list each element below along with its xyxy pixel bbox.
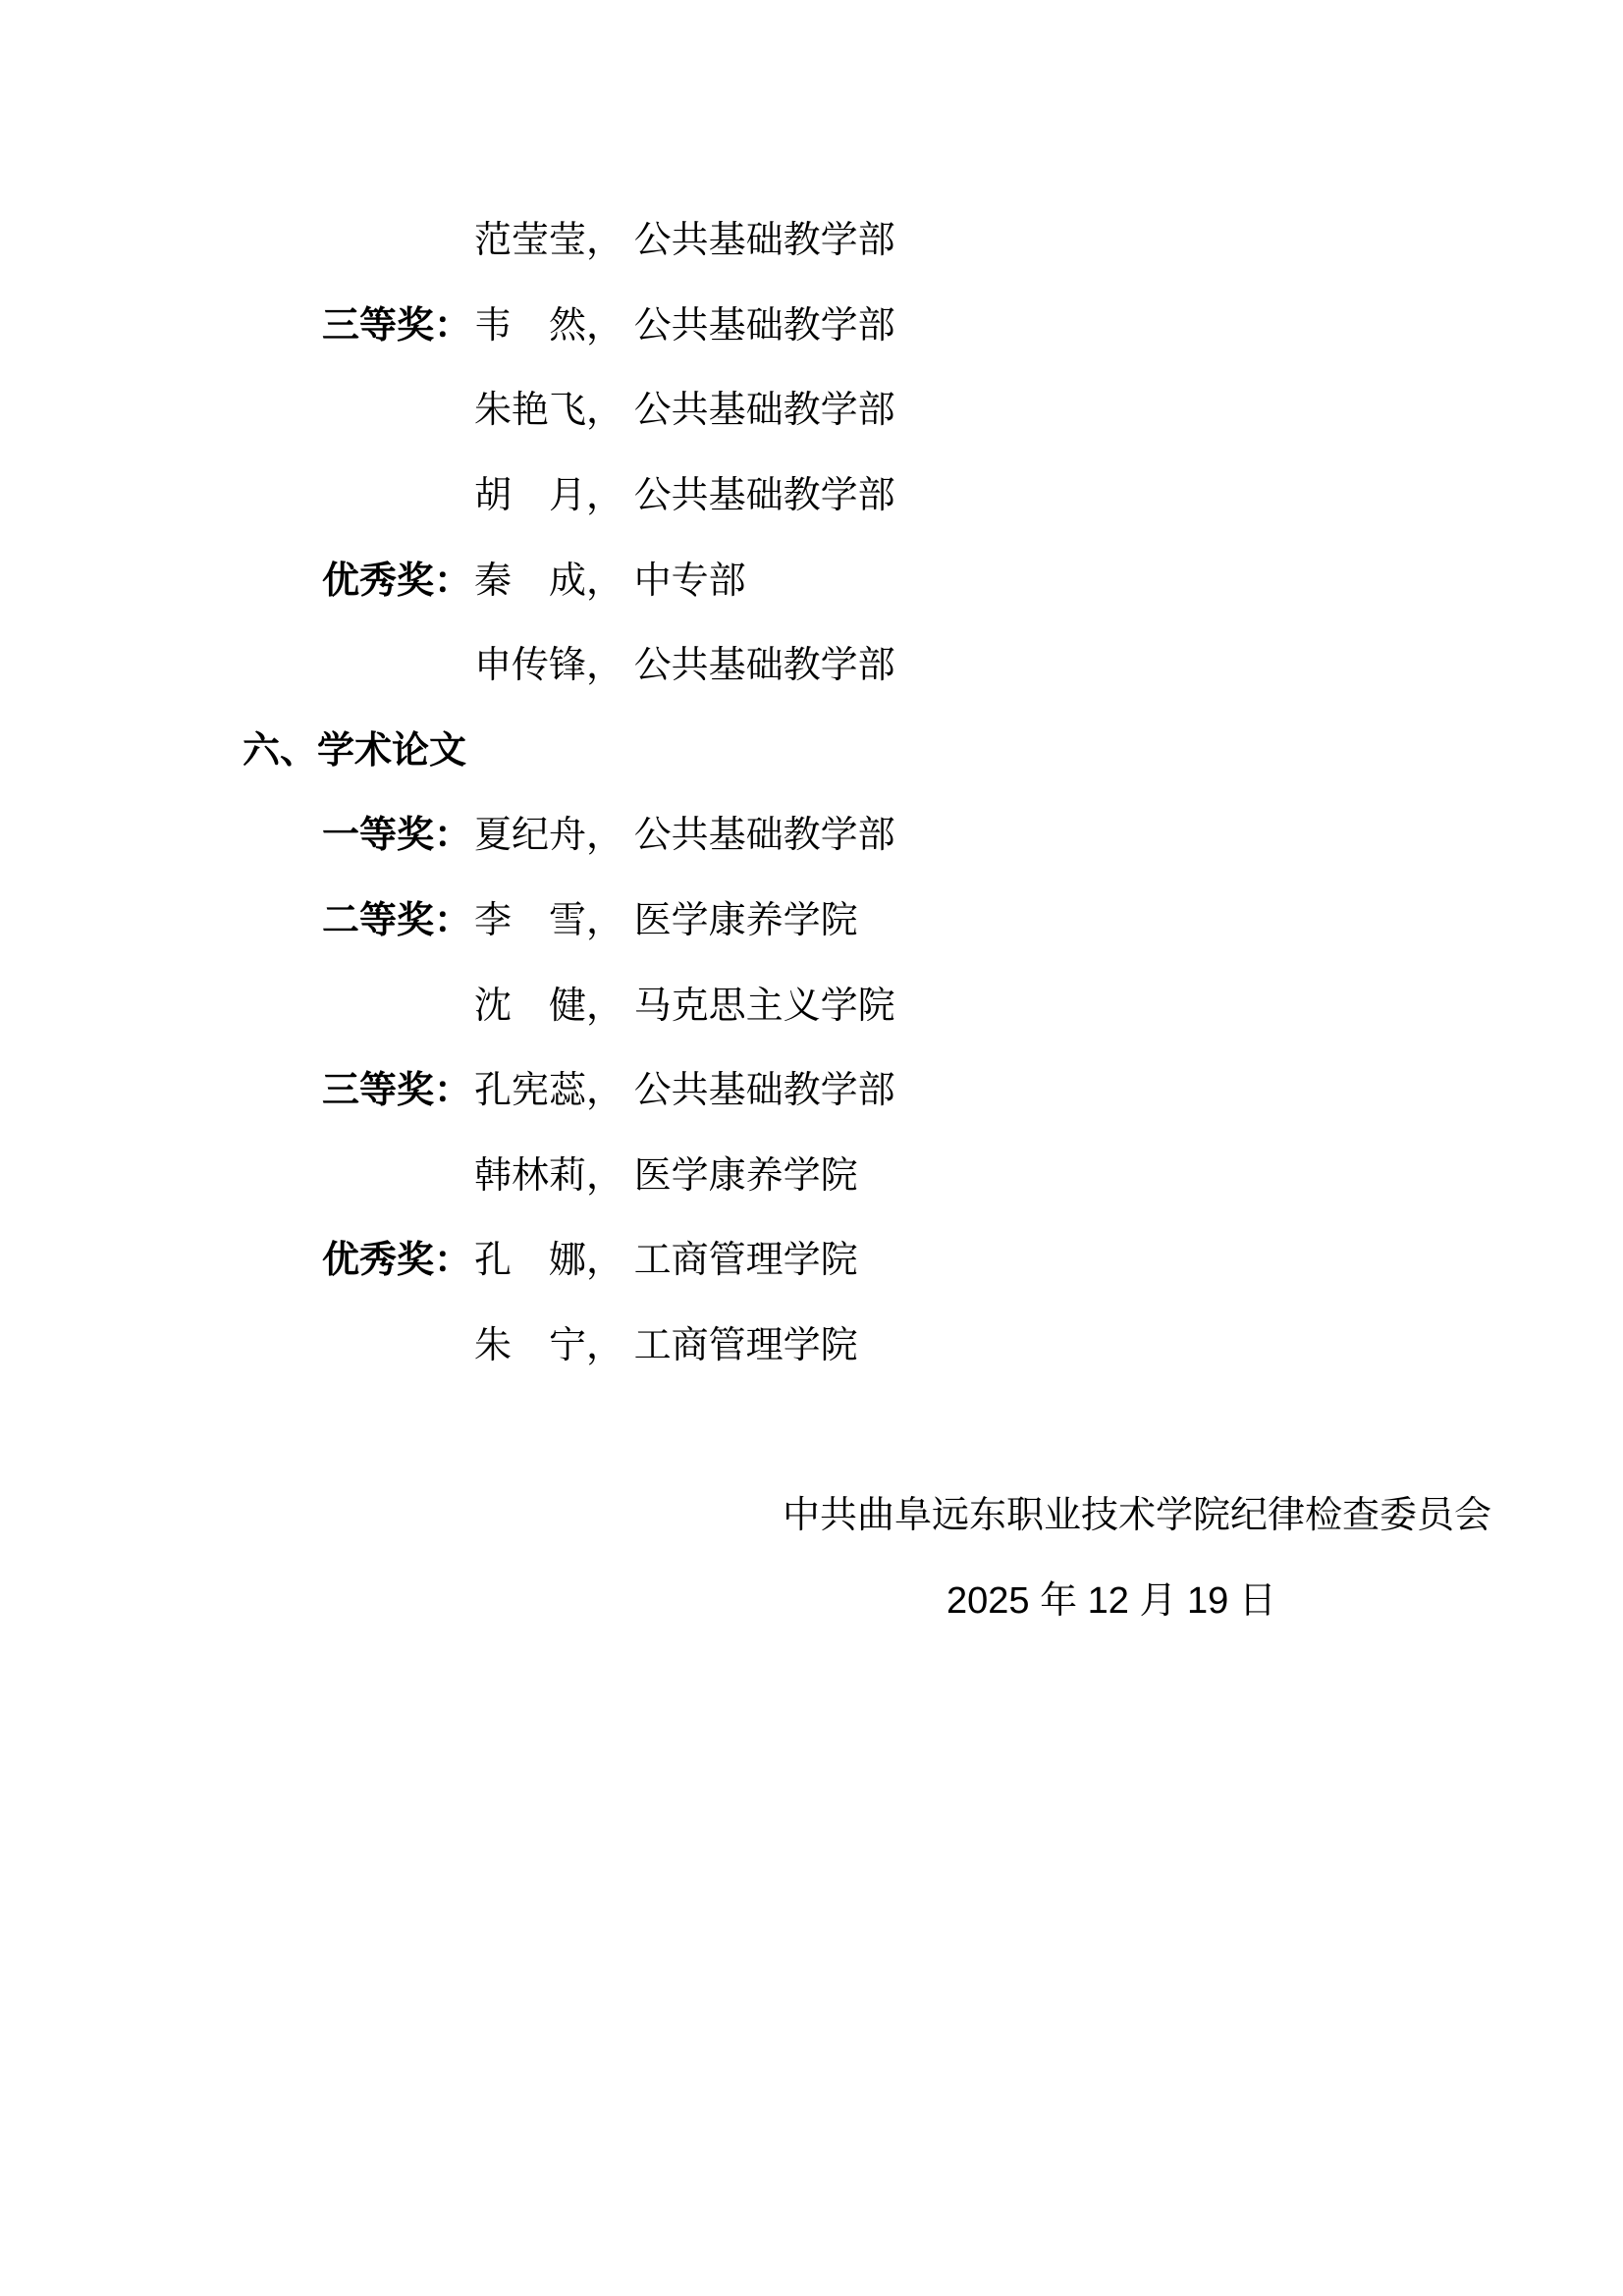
awardee-name: 韦 然	[474, 307, 586, 345]
awardee-name: 韩林莉	[474, 1157, 586, 1195]
comma-separator: ，	[586, 1072, 634, 1109]
awardee-department: 工商管理学院	[634, 1242, 858, 1279]
awardee-department: 公共基础教学部	[634, 392, 895, 429]
award-entry: 二等奖：李 雪， 医学康养学院	[0, 879, 1623, 964]
awardee-name: 朱 宁	[474, 1327, 586, 1364]
award-entry: 朱 宁， 工商管理学院	[0, 1304, 1623, 1389]
award-entry: 朱艳飞， 公共基础教学部	[0, 368, 1623, 454]
awardee-department: 公共基础教学部	[634, 307, 895, 345]
comma-separator: ，	[586, 562, 634, 600]
award-entry: 三等奖：韦 然， 公共基础教学部	[0, 284, 1623, 369]
section-heading-text: 六、学术论文	[243, 732, 466, 770]
awardee-name: 秦 成	[474, 562, 586, 600]
comma-separator: ，	[586, 647, 634, 684]
comma-separator: ，	[586, 902, 634, 939]
document-body: 范莹莹， 公共基础教学部 三等奖：韦 然， 公共基础教学部 朱艳飞， 公共基础教…	[0, 198, 1623, 1643]
comma-separator: ，	[586, 988, 634, 1025]
award-entry: 三等奖：孔宪蕊， 公共基础教学部	[0, 1048, 1623, 1134]
awardee-department: 公共基础教学部	[634, 647, 895, 684]
award-rank-label: 二等奖：	[322, 902, 474, 939]
award-entry: 韩林莉， 医学康养学院	[0, 1134, 1623, 1219]
awardee-department: 医学康养学院	[634, 902, 858, 939]
awardee-department: 公共基础教学部	[634, 222, 895, 259]
awardee-name: 申传锋	[474, 647, 586, 684]
comma-separator: ，	[586, 222, 634, 259]
comma-separator: ，	[586, 477, 634, 514]
signature-line: 中共曲阜远东职业技术学院纪律检查委员会	[0, 1473, 1623, 1559]
award-rank-label: 三等奖：	[322, 1072, 474, 1109]
document-page: 范莹莹， 公共基础教学部 三等奖：韦 然， 公共基础教学部 朱艳飞， 公共基础教…	[0, 0, 1623, 2296]
issue-date: 2025 年 12 月 19 日	[947, 1582, 1276, 1620]
blank-line	[0, 1388, 1623, 1473]
award-entry: 胡 月， 公共基础教学部	[0, 454, 1623, 539]
awardee-department: 工商管理学院	[634, 1327, 858, 1364]
awardee-department: 公共基础教学部	[634, 817, 895, 854]
comma-separator: ，	[586, 1242, 634, 1279]
awardee-name: 范莹莹	[474, 222, 586, 259]
date-line: 2025 年 12 月 19 日	[0, 1559, 1623, 1644]
awardee-name: 夏纪舟	[474, 817, 586, 854]
comma-separator: ，	[586, 1327, 634, 1364]
award-rank-label: 优秀奖：	[322, 562, 474, 600]
awardee-name: 沈 健	[474, 988, 586, 1025]
comma-separator: ，	[586, 392, 634, 429]
award-entry: 优秀奖：秦 成， 中专部	[0, 538, 1623, 623]
award-entry: 沈 健， 马克思主义学院	[0, 963, 1623, 1048]
award-rank-label: 三等奖：	[322, 307, 474, 345]
award-entry: 申传锋， 公共基础教学部	[0, 623, 1623, 709]
awardee-department: 马克思主义学院	[634, 988, 895, 1025]
award-entry: 优秀奖：孔 娜， 工商管理学院	[0, 1218, 1623, 1304]
award-entry: 范莹莹， 公共基础教学部	[0, 198, 1623, 284]
awardee-name: 孔 娜	[474, 1242, 586, 1279]
comma-separator: ，	[586, 307, 634, 345]
awardee-name: 朱艳飞	[474, 392, 586, 429]
awardee-name: 胡 月	[474, 477, 586, 514]
awardee-department: 公共基础教学部	[634, 477, 895, 514]
award-rank-label: 一等奖：	[322, 817, 474, 854]
awardee-department: 医学康养学院	[634, 1157, 858, 1195]
awardee-department: 中专部	[634, 562, 746, 600]
section-heading: 六、学术论文	[0, 709, 1623, 794]
awardee-department: 公共基础教学部	[634, 1072, 895, 1109]
comma-separator: ，	[586, 1157, 634, 1195]
awardee-name: 李 雪	[474, 902, 586, 939]
comma-separator: ，	[586, 817, 634, 854]
award-rank-label: 优秀奖：	[322, 1242, 474, 1279]
award-entry: 一等奖：夏纪舟， 公共基础教学部	[0, 793, 1623, 879]
awardee-name: 孔宪蕊	[474, 1072, 586, 1109]
issuing-committee-name: 中共曲阜远东职业技术学院纪律检查委员会	[783, 1497, 1491, 1534]
